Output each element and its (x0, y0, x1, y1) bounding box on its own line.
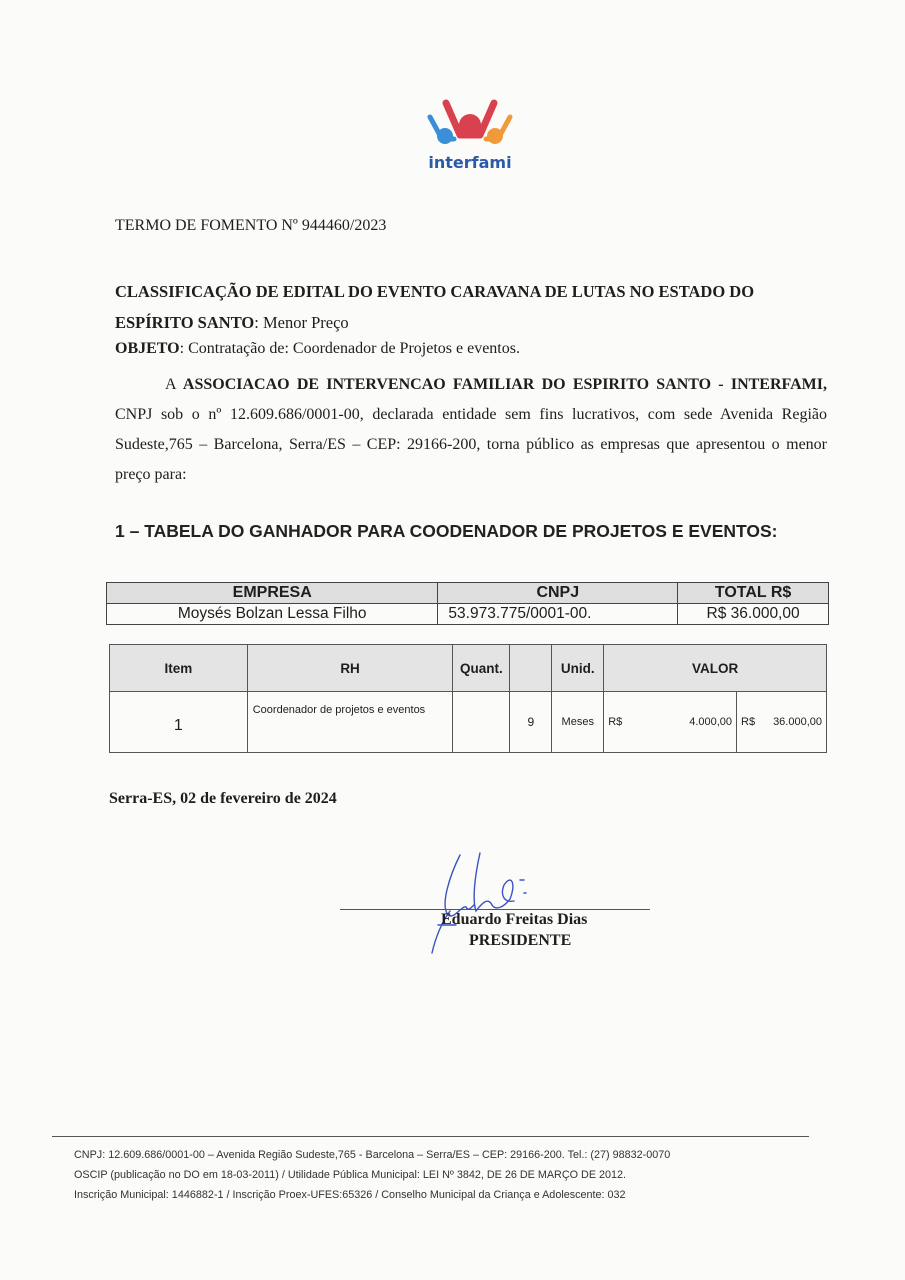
header-blank (510, 645, 552, 692)
document-date: Serra-ES, 02 de fevereiro de 2024 (109, 790, 337, 808)
cell-total-value: R$ 36.000,00 (737, 692, 827, 753)
header-rh: RH (247, 645, 453, 692)
cell-total: R$ 36.000,00 (678, 604, 829, 625)
winner-table: EMPRESA CNPJ TOTAL R$ Moysés Bolzan Less… (106, 582, 829, 625)
cell-item: 1 (110, 692, 248, 753)
items-table: Item RH Quant. Unid. VALOR 1 Coordenador… (109, 644, 827, 753)
interfami-logo: interfami (420, 95, 520, 177)
footer-line-registrations: Inscrição Municipal: 1446882-1 / Inscriç… (74, 1185, 670, 1205)
total-value: 36.000,00 (773, 716, 822, 728)
cell-rh: Coordenador de projetos e eventos (247, 692, 453, 753)
total-currency: R$ (741, 716, 755, 728)
signatory-role: PRESIDENTE (469, 932, 571, 950)
classification-heading: CLASSIFICAÇÃO DE EDITAL DO EVENTO CARAVA… (115, 276, 825, 338)
footer-line-oscip: OSCIP (publicação no DO em 18-03-2011) /… (74, 1165, 670, 1185)
signature-line (340, 909, 650, 910)
signatory-name: Eduardo Freitas Dias (441, 911, 587, 929)
classification-criteria: : Menor Preço (254, 313, 348, 332)
interfami-family-logo-icon (420, 95, 520, 153)
objeto-text: : Contratação de: Coordenador de Projeto… (180, 340, 520, 357)
classification-title: CLASSIFICAÇÃO DE EDITAL DO EVENTO CARAVA… (115, 282, 754, 332)
intro-paragraph: A ASSOCIACAO DE INTERVENCAO FAMILIAR DO … (115, 370, 827, 490)
logo-text: interfami (420, 153, 520, 172)
termo-number: TERMO DE FOMENTO Nº 944460/2023 (115, 217, 386, 235)
footer: CNPJ: 12.609.686/0001-00 – Avenida Regiã… (74, 1145, 670, 1205)
footer-line-address: CNPJ: 12.609.686/0001-00 – Avenida Regiã… (74, 1145, 670, 1165)
items-table-header: Item RH Quant. Unid. VALOR (110, 645, 827, 692)
cell-cnpj: 53.973.775/0001-00. (438, 604, 678, 625)
cell-unit-value: R$ 4.000,00 (604, 692, 737, 753)
header-quant: Quant. (453, 645, 510, 692)
unit-currency: R$ (608, 716, 622, 728)
cell-qty: 9 (510, 692, 552, 753)
section-title: 1 – TABELA DO GANHADOR PARA COODENADOR D… (115, 521, 778, 542)
footer-divider (52, 1136, 809, 1137)
header-cnpj: CNPJ (438, 583, 678, 604)
header-empresa: EMPRESA (107, 583, 438, 604)
header-total: TOTAL R$ (678, 583, 829, 604)
header-item: Item (110, 645, 248, 692)
objeto-label: OBJETO (115, 340, 180, 357)
para-prefix: A (165, 376, 183, 393)
table-row: Moysés Bolzan Lessa Filho 53.973.775/000… (107, 604, 829, 625)
para-text: CNPJ sob o nº 12.609.686/0001-00, declar… (115, 406, 827, 483)
table-row: 1 Coordenador de projetos e eventos 9 Me… (110, 692, 827, 753)
cell-empresa: Moysés Bolzan Lessa Filho (107, 604, 438, 625)
objeto-line: OBJETO: Contratação de: Coordenador de P… (115, 340, 520, 358)
header-unid: Unid. (552, 645, 604, 692)
winner-table-header: EMPRESA CNPJ TOTAL R$ (107, 583, 829, 604)
cell-quant (453, 692, 510, 753)
header-valor: VALOR (604, 645, 827, 692)
unit-value: 4.000,00 (689, 716, 732, 728)
cell-unid: Meses (552, 692, 604, 753)
entity-name: ASSOCIACAO DE INTERVENCAO FAMILIAR DO ES… (183, 376, 827, 393)
